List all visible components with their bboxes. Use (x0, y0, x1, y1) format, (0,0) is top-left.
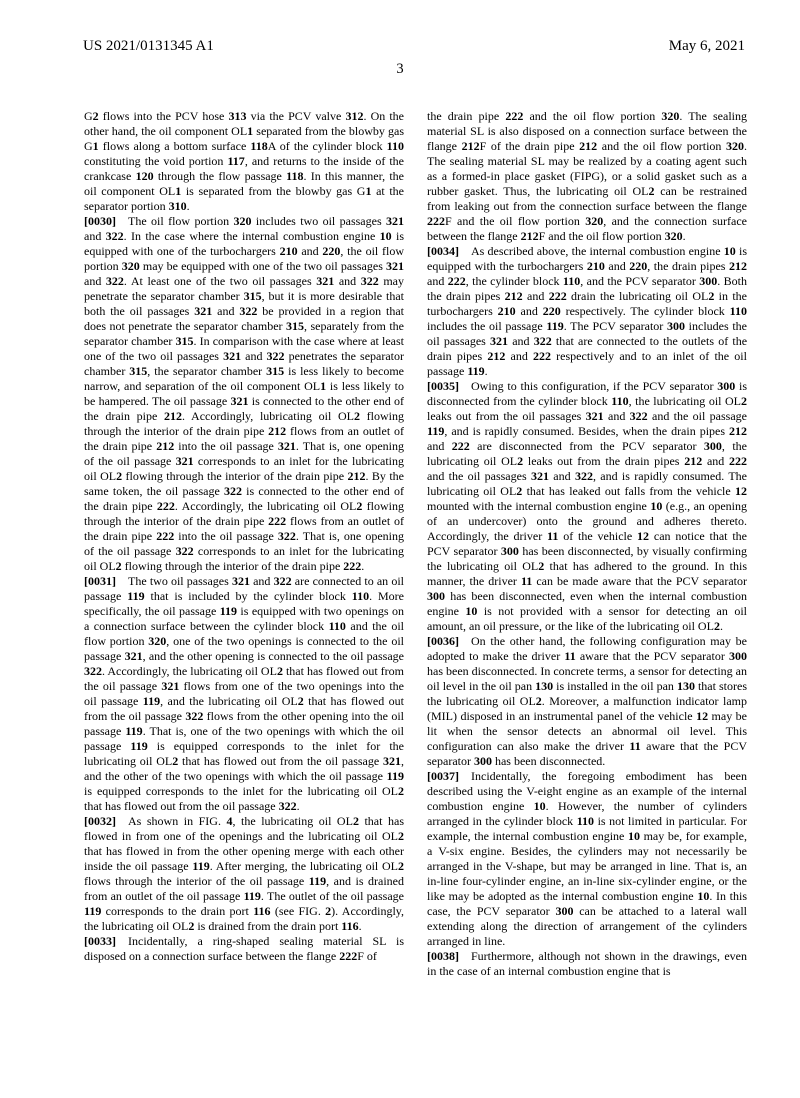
paragraph: [0037] Incidentally, the foregoing embod… (427, 769, 747, 949)
paragraph: [0034] As described above, the internal … (427, 244, 747, 379)
paragraph: [0030] The oil flow portion 320 includes… (84, 214, 404, 574)
paragraph: [0036] On the other hand, the following … (427, 634, 747, 769)
right-column: the drain pipe 222 and the oil flow port… (427, 109, 747, 979)
paragraph: [0032] As shown in FIG. 4, the lubricati… (84, 814, 404, 934)
page-number: 3 (0, 62, 800, 77)
publication-date: May 6, 2021 (669, 39, 745, 54)
page-header: US 2021/0131345 A1 May 6, 2021 (83, 39, 745, 54)
paragraph: [0031] The two oil passages 321 and 322 … (84, 574, 404, 814)
paragraph: [0038] Furthermore, although not shown i… (427, 949, 747, 979)
left-column: G2 flows into the PCV hose 313 via the P… (84, 109, 404, 979)
publication-number: US 2021/0131345 A1 (83, 39, 214, 54)
paragraph: the drain pipe 222 and the oil flow port… (427, 109, 747, 244)
patent-document-page: US 2021/0131345 A1 May 6, 2021 3 G2 flow… (0, 0, 800, 1098)
paragraph: [0033] Incidentally, a ring-shaped seali… (84, 934, 404, 964)
page-body: G2 flows into the PCV hose 313 via the P… (84, 109, 747, 979)
paragraph: [0035] Owing to this configuration, if t… (427, 379, 747, 634)
paragraph: G2 flows into the PCV hose 313 via the P… (84, 109, 404, 214)
